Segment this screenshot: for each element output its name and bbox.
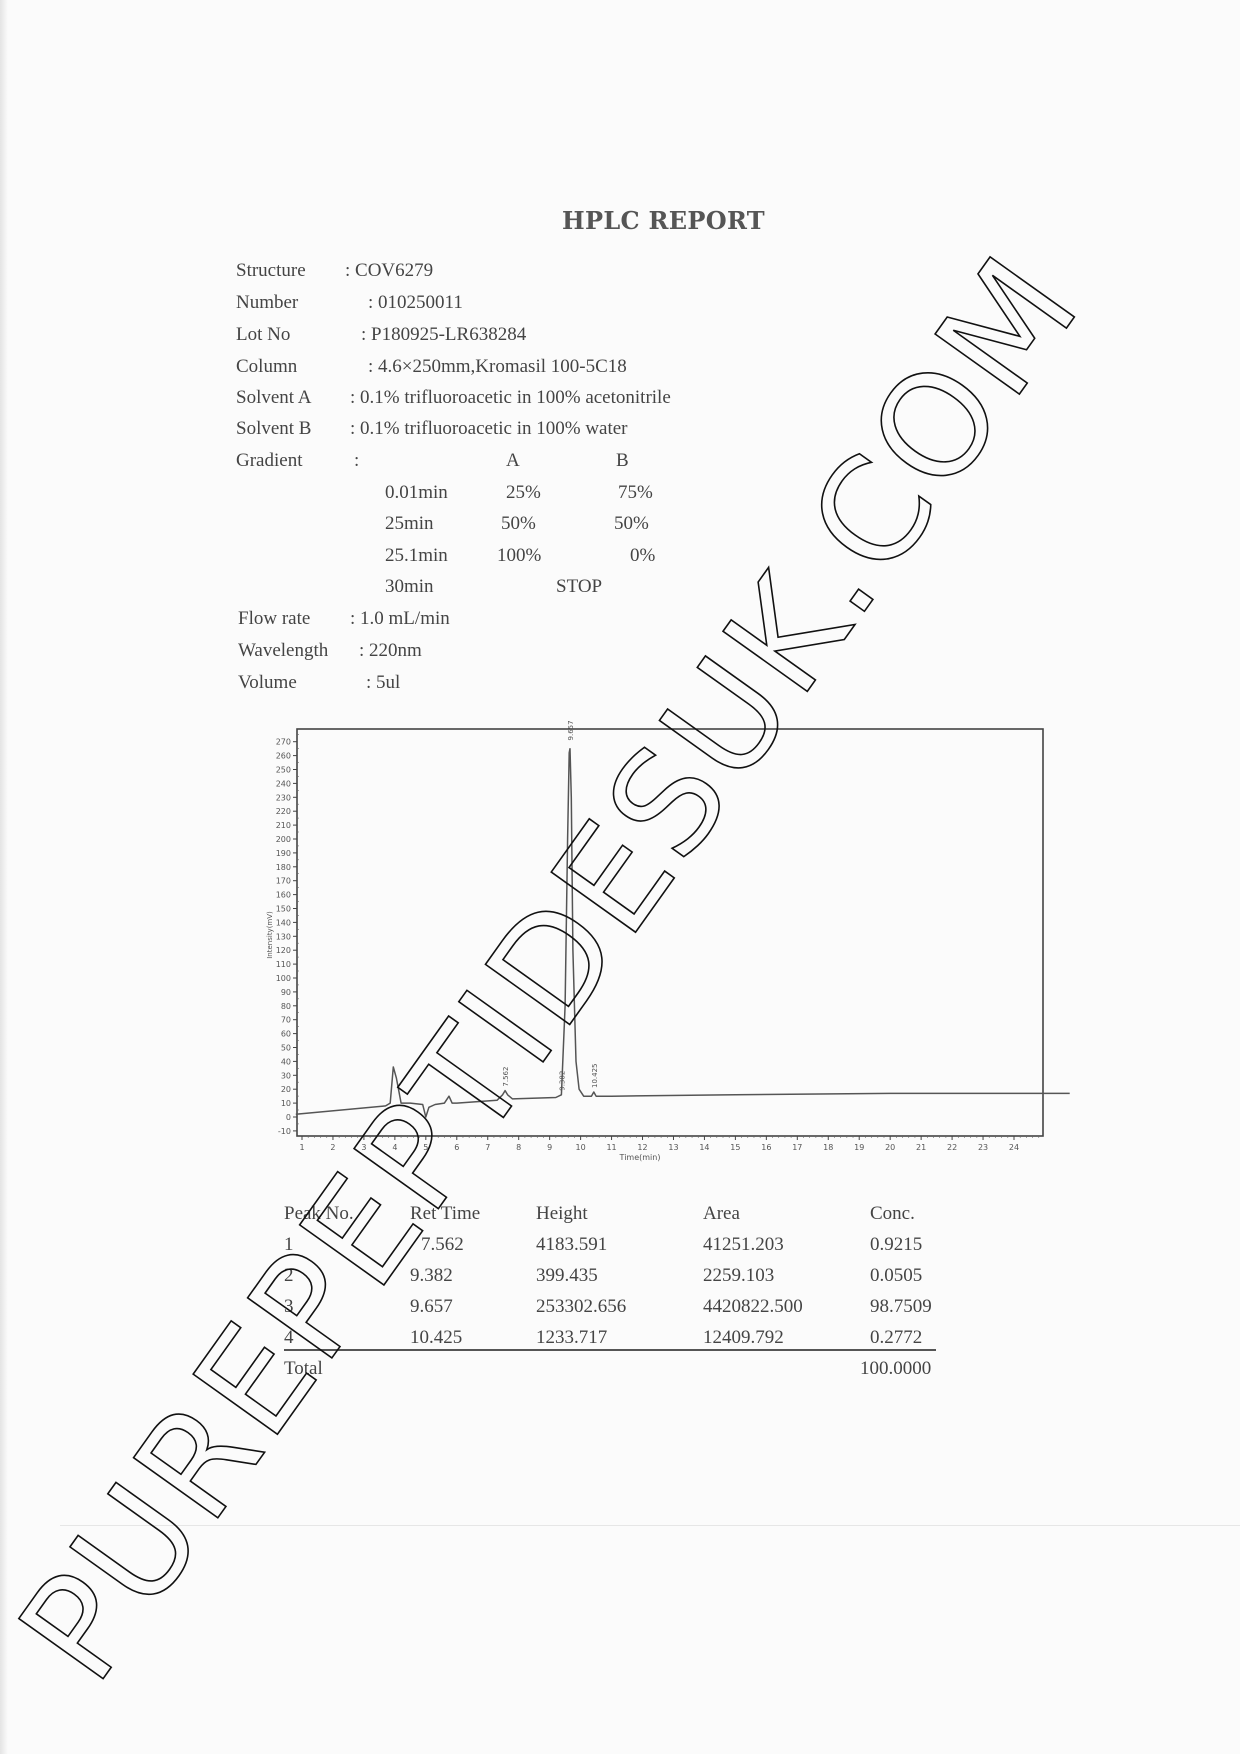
x-tick-label: 8 xyxy=(516,1143,521,1152)
cell-height: 1233.717 xyxy=(536,1327,607,1349)
plot-frame xyxy=(297,729,1043,1136)
cell-area: 41251.203 xyxy=(703,1234,784,1256)
x-tick-label: 17 xyxy=(792,1143,802,1152)
y-tick-label: 260 xyxy=(276,752,291,761)
cell-area: 4420822.500 xyxy=(703,1296,803,1318)
x-tick-label: 3 xyxy=(361,1143,366,1152)
x-tick-label: 18 xyxy=(823,1143,833,1152)
x-tick-label: 4 xyxy=(392,1143,397,1152)
table-header-peak-no: Peak No. xyxy=(284,1203,354,1225)
x-tick-label: 7 xyxy=(485,1143,490,1152)
cell-ret-time: 9.382 xyxy=(410,1265,453,1287)
y-tick-label: 20 xyxy=(281,1085,291,1094)
peak-label: 9.382 xyxy=(558,1071,566,1091)
cell-area: 12409.792 xyxy=(703,1327,784,1349)
y-tick-label: 250 xyxy=(276,766,291,775)
cell-peak-no: 4 xyxy=(284,1327,294,1349)
x-tick-label: 15 xyxy=(730,1143,740,1152)
peak-label: 10.425 xyxy=(591,1063,599,1088)
peak-label: 9.657 xyxy=(567,720,575,740)
y-tick-label: 200 xyxy=(276,835,291,844)
x-tick-label: 13 xyxy=(668,1143,678,1152)
cell-area: 2259.103 xyxy=(703,1265,774,1287)
y-tick-label: 120 xyxy=(276,946,291,955)
cell-ret-time: 7.562 xyxy=(421,1234,464,1256)
cell-ret-time: 10.425 xyxy=(410,1327,462,1349)
x-tick-label: 16 xyxy=(761,1143,771,1152)
y-tick-label: 100 xyxy=(276,974,291,983)
x-axis-label: Time(min) xyxy=(619,1153,661,1162)
x-tick-label: 6 xyxy=(454,1143,459,1152)
cell-conc: 0.2772 xyxy=(870,1327,922,1349)
x-tick-label: 21 xyxy=(916,1143,926,1152)
y-tick-label: 180 xyxy=(276,863,291,872)
x-tick-label: 20 xyxy=(885,1143,895,1152)
y-tick-label: 30 xyxy=(281,1071,291,1080)
y-tick-label: -10 xyxy=(278,1127,291,1136)
y-tick-label: 220 xyxy=(276,807,291,816)
cell-peak-no: 2 xyxy=(284,1265,294,1287)
x-tick-label: 5 xyxy=(423,1143,428,1152)
y-tick-label: 160 xyxy=(276,891,291,900)
x-tick-label: 19 xyxy=(854,1143,864,1152)
table-header-ret-time: Ret Time xyxy=(410,1203,480,1225)
x-tick-label: 24 xyxy=(1009,1143,1019,1152)
x-tick-label: 1 xyxy=(299,1143,304,1152)
y-tick-label: 270 xyxy=(276,738,291,747)
cell-ret-time: 9.657 xyxy=(410,1296,453,1318)
y-tick-label: 60 xyxy=(281,1030,291,1039)
cell-conc: 0.0505 xyxy=(870,1265,922,1287)
y-tick-label: 10 xyxy=(281,1099,291,1108)
cell-height: 4183.591 xyxy=(536,1234,607,1256)
y-axis-label: Intensity(mV) xyxy=(266,911,274,959)
x-tick-label: 23 xyxy=(978,1143,988,1152)
x-tick-label: 10 xyxy=(576,1143,586,1152)
y-tick-label: 110 xyxy=(276,960,291,969)
y-tick-label: 150 xyxy=(276,905,291,914)
y-tick-label: 130 xyxy=(276,932,291,941)
x-tick-label: 12 xyxy=(637,1143,647,1152)
table-header-conc: Conc. xyxy=(870,1203,915,1225)
cell-peak-no: 1 xyxy=(284,1234,294,1256)
table-total-conc: 100.0000 xyxy=(860,1358,931,1380)
peak-label: 7.562 xyxy=(502,1067,510,1087)
table-total-rule xyxy=(284,1349,936,1351)
x-tick-label: 22 xyxy=(947,1143,957,1152)
chromatogram-chart: -100102030405060708090100110120130140150… xyxy=(0,0,1240,1754)
y-tick-label: 70 xyxy=(281,1016,291,1025)
cell-peak-no: 3 xyxy=(284,1296,294,1318)
cell-height: 253302.656 xyxy=(536,1296,626,1318)
y-tick-label: 230 xyxy=(276,793,291,802)
y-tick-label: 240 xyxy=(276,779,291,788)
y-tick-label: 190 xyxy=(276,849,291,858)
cell-conc: 0.9215 xyxy=(870,1234,922,1256)
y-tick-label: 140 xyxy=(276,918,291,927)
y-tick-label: 50 xyxy=(281,1044,291,1053)
x-tick-label: 2 xyxy=(330,1143,335,1152)
cell-conc: 98.7509 xyxy=(870,1296,932,1318)
x-tick-label: 9 xyxy=(547,1143,552,1152)
cell-height: 399.435 xyxy=(536,1265,598,1287)
table-header-area: Area xyxy=(703,1203,740,1225)
y-tick-label: 0 xyxy=(286,1113,291,1122)
table-header-height: Height xyxy=(536,1203,588,1225)
scan-artifact-line xyxy=(60,1525,1240,1526)
table-total-label: Total xyxy=(284,1358,323,1380)
x-tick-label: 11 xyxy=(606,1143,616,1152)
y-tick-label: 170 xyxy=(276,877,291,886)
y-tick-label: 90 xyxy=(281,988,291,997)
chromatogram-trace xyxy=(296,749,1070,1117)
y-tick-label: 80 xyxy=(281,1002,291,1011)
y-tick-label: 210 xyxy=(276,821,291,830)
x-tick-label: 14 xyxy=(699,1143,709,1152)
y-tick-label: 40 xyxy=(281,1057,291,1066)
